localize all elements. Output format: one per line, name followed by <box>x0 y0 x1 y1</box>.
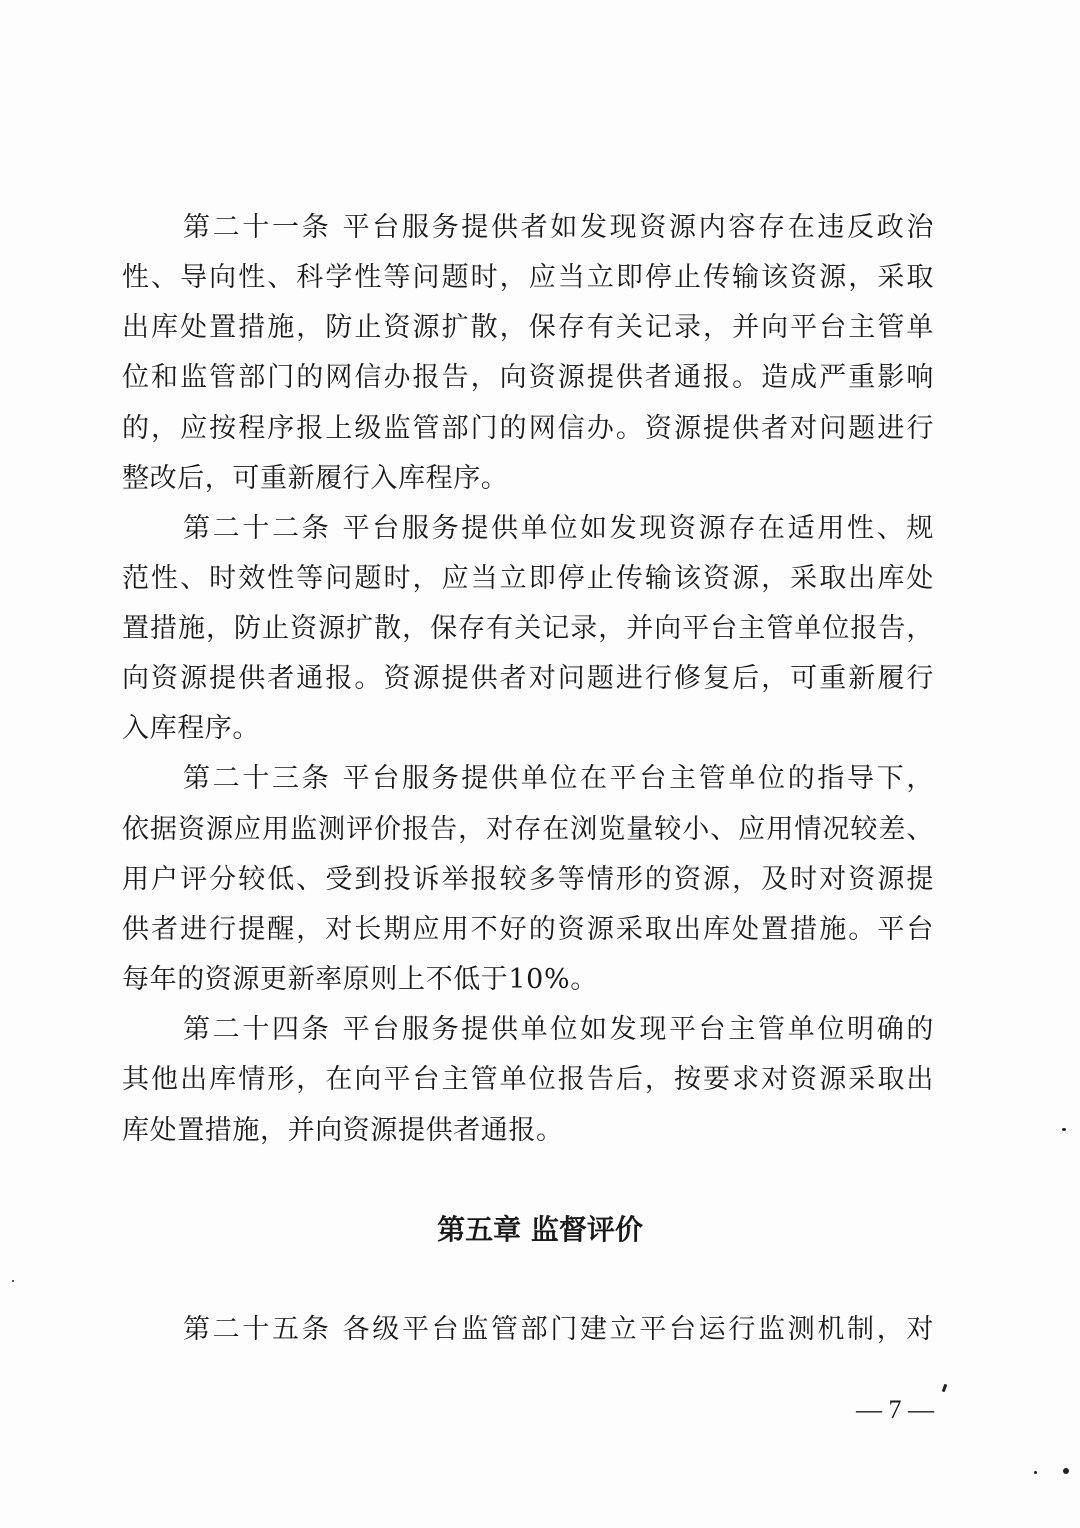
scan-artifact <box>1034 1471 1037 1474</box>
article-21-line-6: 整改后，可重新履行入库程序。 <box>122 454 934 504</box>
article-21-line-4: 位和监管部门的网信办报告，向资源提供者通报。造成严重影响 <box>122 353 934 403</box>
page-number: — 7 — <box>840 1390 950 1430</box>
article-22-line-5: 入库程序。 <box>122 704 934 754</box>
article-23-line-2: 依据资源应用监测评价报告，对存在浏览量较小、应用情况较差、 <box>122 805 934 855</box>
article-24-line-1: 第二十四条 平台服务提供单位如发现平台主管单位明确的 <box>183 1005 934 1055</box>
article-21-line-5: 的，应按程序报上级监管部门的网信办。资源提供者对问题进行 <box>122 404 934 454</box>
scan-artifact <box>1062 1128 1066 1131</box>
article-23-line-3: 用户评分较低、受到投诉举报较多等情形的资源，及时对资源提 <box>122 855 934 905</box>
article-22-line-4: 向资源提供者通报。资源提供者对问题进行修复后，可重新履行 <box>122 654 934 704</box>
article-22-line-1: 第二十二条 平台服务提供单位如发现资源存在适用性、规 <box>183 504 934 554</box>
scan-artifact <box>1063 1468 1069 1474</box>
article-23-line-4: 供者进行提醒，对长期应用不好的资源采取出库处置措施。平台 <box>122 905 934 955</box>
article-23-line-5: 每年的资源更新率原则上不低于10%。 <box>122 955 934 1005</box>
chapter-heading: 第五章 监督评价 <box>0 1205 1080 1255</box>
article-24-line-2: 其他出库情形，在向平台主管单位报告后，按要求对资源采取出 <box>122 1055 934 1105</box>
article-23-line-1: 第二十三条 平台服务提供单位在平台主管单位的指导下， <box>183 754 934 804</box>
article-21-line-3: 出库处置措施，防止资源扩散，保存有关记录，并向平台主管单 <box>122 303 934 353</box>
scan-artifact <box>12 1280 14 1282</box>
article-22-line-2: 范性、时效性等问题时，应当立即停止传输该资源，采取出库处 <box>122 554 934 604</box>
article-25-line-1: 第二十五条 各级平台监管部门建立平台运行监测机制，对 <box>183 1305 934 1355</box>
article-21-line-2: 性、导向性、科学性等问题时，应当立即停止传输该资源，采取 <box>122 253 934 303</box>
article-24-line-3: 库处置措施，并向资源提供者通报。 <box>122 1106 934 1156</box>
document-page: 第二十一条 平台服务提供者如发现资源内容存在违反政治 性、导向性、科学性等问题时… <box>0 0 1080 1528</box>
article-21-line-1: 第二十一条 平台服务提供者如发现资源内容存在违反政治 <box>183 203 934 253</box>
article-22-line-3: 置措施，防止资源扩散，保存有关记录，并向平台主管单位报告， <box>122 604 934 654</box>
